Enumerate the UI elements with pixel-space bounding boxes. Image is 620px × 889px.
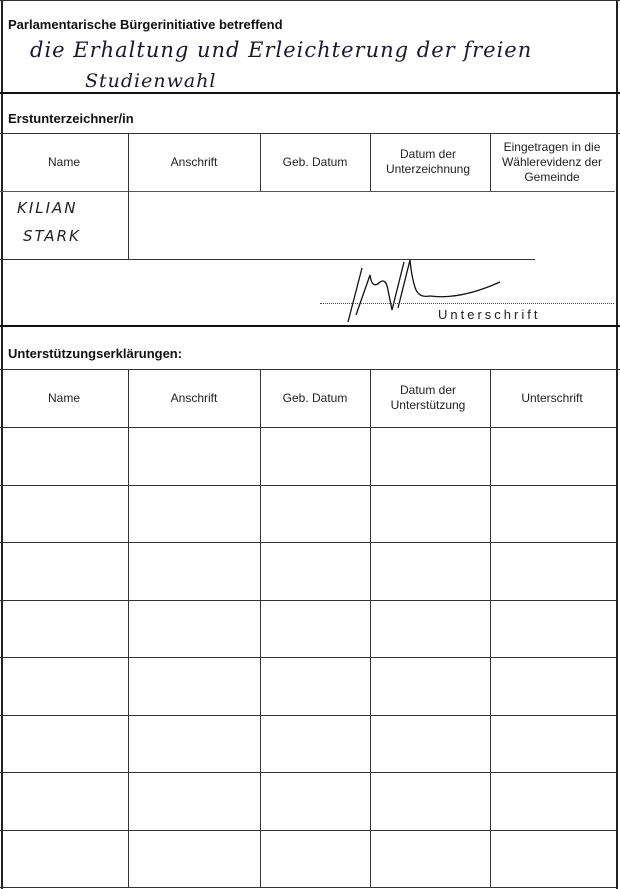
supporter-support-date-cell[interactable] xyxy=(372,486,489,542)
supporter-name-cell[interactable] xyxy=(2,716,127,772)
supporter-signature-cell[interactable] xyxy=(492,716,615,772)
supporter-signature-cell[interactable] xyxy=(492,831,615,887)
supporter-address-cell[interactable] xyxy=(130,428,259,484)
supporter-support-date-cell[interactable] xyxy=(372,831,489,887)
col-divider xyxy=(128,191,129,260)
first-signatory-name-line2: STARK xyxy=(23,227,81,245)
divider-first-signatory xyxy=(0,325,620,327)
form-title: Parlamentarische Bürgerinitiative betref… xyxy=(8,17,283,32)
supporter-support-date-cell[interactable] xyxy=(372,601,489,657)
supporters-col-header-support-date: Datum der Unterstützung xyxy=(372,369,484,427)
supporter-support-date-cell[interactable] xyxy=(372,773,489,829)
supporter-signature-cell[interactable] xyxy=(492,486,615,542)
supporter-name-cell[interactable] xyxy=(2,428,127,484)
supporter-name-cell[interactable] xyxy=(2,601,127,657)
supporter-birthdate-cell[interactable] xyxy=(262,773,369,829)
col-divider xyxy=(370,133,371,191)
first-signatory-title: Erstunterzeichner/in xyxy=(8,111,134,126)
signature-label: Unterschrift xyxy=(438,307,540,322)
col-header-signing-date: Datum der Unterzeichnung xyxy=(372,133,484,191)
supporter-name-cell[interactable] xyxy=(2,543,127,599)
supporter-birthdate-cell[interactable] xyxy=(262,716,369,772)
col-divider xyxy=(490,133,491,191)
col-divider xyxy=(260,369,261,887)
supporter-name-cell[interactable] xyxy=(2,831,127,887)
supporter-address-cell[interactable] xyxy=(130,601,259,657)
supporter-signature-cell[interactable] xyxy=(492,773,615,829)
supporter-address-cell[interactable] xyxy=(130,543,259,599)
frame-top xyxy=(0,0,620,1)
supporter-address-cell[interactable] xyxy=(130,773,259,829)
supporter-signature-cell[interactable] xyxy=(492,543,615,599)
divider-title xyxy=(0,92,620,94)
supporter-signature-cell[interactable] xyxy=(492,658,615,714)
col-divider xyxy=(128,369,129,887)
supporter-address-cell[interactable] xyxy=(130,486,259,542)
subject-handwritten-line2[interactable]: Studienwahl xyxy=(85,70,217,92)
col-divider xyxy=(260,133,261,191)
supporters-col-header-address: Anschrift xyxy=(128,369,260,427)
supporter-address-cell[interactable] xyxy=(130,831,259,887)
supporter-birthdate-cell[interactable] xyxy=(262,601,369,657)
first-signatory-name-line1: KILIAN xyxy=(17,199,78,217)
signature-line xyxy=(320,303,614,304)
first-signatory-details-cell[interactable] xyxy=(129,192,615,259)
supporter-birthdate-cell[interactable] xyxy=(262,428,369,484)
col-divider xyxy=(490,369,491,887)
supporters-title: Unterstützungserklärungen: xyxy=(8,346,182,361)
supporter-name-cell[interactable] xyxy=(2,658,127,714)
supporter-support-date-cell[interactable] xyxy=(372,658,489,714)
supporter-name-cell[interactable] xyxy=(2,773,127,829)
supporter-support-date-cell[interactable] xyxy=(372,428,489,484)
row-divider xyxy=(0,887,616,888)
supporters-col-header-birthdate: Geb. Datum xyxy=(260,369,370,427)
supporter-signature-cell[interactable] xyxy=(492,428,615,484)
col-header-birthdate: Geb. Datum xyxy=(260,133,370,191)
col-header-address: Anschrift xyxy=(128,133,260,191)
first-signatory-name-cell[interactable]: KILIAN STARK xyxy=(0,192,128,259)
supporter-name-cell[interactable] xyxy=(2,486,127,542)
supporter-support-date-cell[interactable] xyxy=(372,543,489,599)
supporter-address-cell[interactable] xyxy=(130,716,259,772)
col-divider xyxy=(128,133,129,191)
supporters-col-header-name: Name xyxy=(0,369,128,427)
col-header-name: Name xyxy=(0,133,128,191)
supporter-support-date-cell[interactable] xyxy=(372,716,489,772)
supporter-birthdate-cell[interactable] xyxy=(262,486,369,542)
col-header-registered: Eingetragen in die Wählerevidenz der Gem… xyxy=(489,133,615,191)
supporter-signature-cell[interactable] xyxy=(492,601,615,657)
subject-handwritten-line1[interactable]: die Erhaltung und Erleichterung der frei… xyxy=(30,38,532,62)
supporters-col-header-signature: Unterschrift xyxy=(489,369,615,427)
supporter-birthdate-cell[interactable] xyxy=(262,831,369,887)
supporter-birthdate-cell[interactable] xyxy=(262,658,369,714)
supporter-address-cell[interactable] xyxy=(130,658,259,714)
col-divider xyxy=(370,369,371,887)
supporter-birthdate-cell[interactable] xyxy=(262,543,369,599)
